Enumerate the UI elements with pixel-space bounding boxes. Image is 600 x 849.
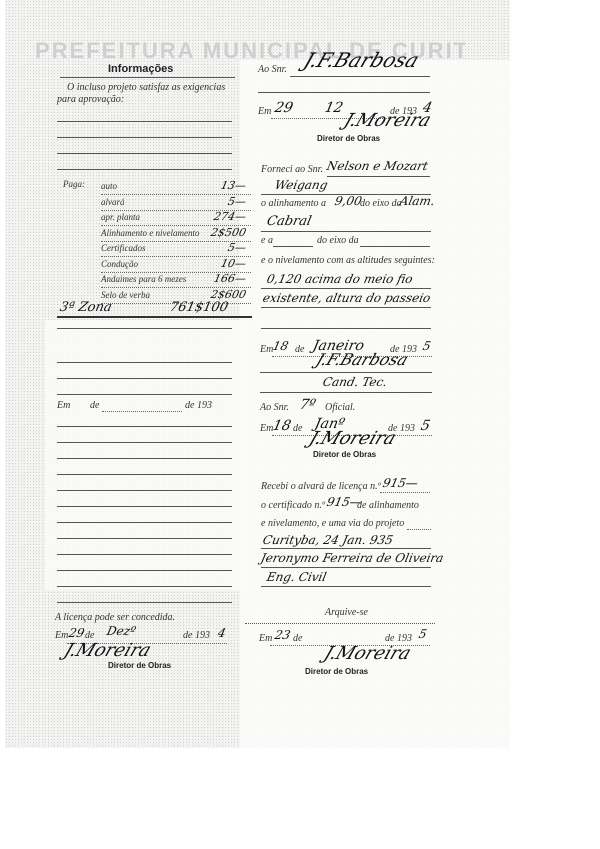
date4-de: de — [293, 633, 302, 644]
total-amount: 761$100 — [168, 300, 229, 315]
blank-date-em: Em — [57, 400, 70, 411]
fee-label: Selo de verba — [101, 290, 150, 300]
paper-clear-region — [45, 320, 245, 590]
fee-label: Certificados — [101, 243, 146, 253]
receipt-line3: Eng. Civil — [266, 570, 328, 584]
rule — [260, 392, 432, 393]
date2-day: 18 — [272, 339, 290, 353]
fee-value: 10— — [220, 257, 248, 270]
ao-snr-label: Ao Snr. — [258, 64, 287, 75]
license-date-month: Dezº — [106, 624, 138, 638]
date1-em: Em — [258, 106, 271, 117]
nivelamento-label: e o nivelamento com as altitudes seguint… — [261, 255, 435, 266]
rule — [261, 288, 431, 289]
fee-label: apr. planta — [101, 212, 140, 222]
rule — [57, 538, 232, 539]
rule — [261, 307, 431, 308]
rule — [261, 586, 431, 587]
date4-em: Em — [259, 633, 272, 644]
certificado-label: o certificado n.º — [261, 500, 325, 511]
rule — [57, 602, 232, 603]
license-signature: J.Moreira — [61, 640, 154, 661]
fee-row: Alinhamento e nivelamento2$500 — [101, 228, 251, 242]
fee-label: Alinhamento e nivelamento — [101, 228, 199, 238]
forneci-name-cont: Weigang — [274, 178, 330, 192]
ao-snr2-value: 7º — [298, 397, 317, 413]
fee-label: Condução — [101, 259, 138, 269]
fee-value: 13— — [220, 179, 248, 192]
rule — [260, 372, 432, 373]
fee-value: 274— — [213, 210, 248, 223]
rule — [57, 586, 232, 587]
rule — [57, 570, 232, 571]
date4-title: Diretor de Obras — [305, 667, 368, 676]
rule — [57, 506, 232, 507]
date1-title: Diretor de Obras — [317, 134, 380, 143]
rule — [261, 567, 431, 568]
fee-row: Condução10— — [101, 259, 251, 273]
forneci-name: Nelson e Mozart — [326, 159, 430, 173]
alinhamento-label: o alinhamento a — [261, 198, 326, 209]
date3-day: 18 — [271, 418, 292, 434]
date2-de: de — [295, 344, 304, 355]
fee-value: 2$600 — [210, 288, 248, 301]
rule — [261, 328, 431, 329]
date3-signature: J.Moreira — [306, 428, 399, 449]
rule — [57, 458, 232, 459]
rule — [57, 442, 232, 443]
license-date-year: de 193 — [183, 630, 210, 641]
rule — [57, 378, 232, 379]
date4-signature: J.Moreira — [321, 643, 414, 664]
license-title: Diretor de Obras — [108, 661, 171, 670]
blank-field — [273, 246, 313, 247]
license-date-day: 29 — [68, 626, 86, 640]
rule — [57, 474, 232, 475]
alinhamento-value: 9,00 — [334, 194, 364, 208]
rule — [57, 522, 232, 523]
recebi-label: Recebi o alvará de licença n.º — [261, 481, 381, 492]
zone-label: 3ª Zona — [58, 300, 113, 315]
ao-snr-signature: J.F.Barbosa — [301, 48, 423, 72]
rule — [57, 394, 232, 395]
rule — [57, 328, 232, 329]
fee-value: 5— — [227, 195, 248, 208]
nivelamento-line1: 0,120 acima do meio fio — [266, 272, 415, 286]
fee-value: 5— — [227, 241, 248, 254]
receipt-line2: Jeronymo Ferreira de Oliveira — [260, 551, 445, 565]
rule — [261, 548, 431, 549]
date1-month: 12 — [323, 100, 344, 116]
date4-day: 23 — [274, 628, 292, 642]
do-eixo-label: do eixo da — [317, 235, 359, 246]
rule — [258, 92, 430, 93]
projeto-label: e nivelamento, e uma via do projeto — [261, 518, 404, 529]
date1-signature: J.Moreira — [341, 110, 434, 131]
ao-snr2-suffix: Oficial. — [325, 402, 355, 413]
total-rule — [57, 316, 252, 318]
nivelamento-line2: existente, altura do passeio — [262, 291, 432, 305]
certificado-suffix: de alinhamento — [357, 500, 419, 511]
blank-field — [407, 529, 431, 530]
e-a-label: e a — [261, 235, 273, 246]
fee-row: Andaimes para 6 mezes166— — [101, 274, 251, 288]
blank-date-year: de 193 — [185, 400, 212, 411]
fee-label: alvará — [101, 197, 125, 207]
blank-field — [360, 246, 430, 247]
fee-label: Andaimes para 6 mezes — [101, 274, 186, 284]
rule — [245, 623, 435, 624]
scanned-document-page: PREFEITURA MUNICIPAL DE CURITYBA Informa… — [5, 0, 510, 748]
blank-field — [102, 411, 182, 412]
section-heading: Informações — [108, 63, 173, 75]
rule — [57, 490, 232, 491]
rule — [290, 76, 430, 77]
recebi-value: 915— — [382, 476, 420, 490]
fee-label: auto — [101, 181, 117, 191]
alinhamento-street: Alam. — [399, 194, 437, 208]
rule — [327, 176, 430, 177]
rule — [57, 426, 232, 427]
rule — [57, 153, 232, 154]
date3-de: de — [293, 423, 302, 434]
rule — [57, 121, 232, 122]
license-date-em: Em — [55, 630, 68, 641]
rule — [57, 169, 232, 170]
rule — [60, 77, 235, 78]
alinhamento-eixo-label: do eixo da — [360, 198, 402, 209]
license-note: A licença pode ser concedida. — [55, 612, 175, 623]
blank-date-de: de — [90, 400, 99, 411]
fee-row: Certificados5— — [101, 243, 251, 257]
fee-value: 166— — [213, 272, 248, 285]
receipt-line1: Curityba, 24 Jan. 935 — [262, 533, 395, 547]
rule — [57, 137, 232, 138]
paga-label: Paga: — [63, 179, 85, 189]
ao-snr2-label: Ao Snr. — [260, 402, 289, 413]
intro-text: para aprovação: — [57, 94, 124, 105]
date1-day: 29 — [273, 100, 294, 116]
fee-row: alvará5— — [101, 197, 251, 211]
rule — [57, 554, 232, 555]
fee-row: auto13— — [101, 181, 251, 195]
fee-row: apr. planta274— — [101, 212, 251, 226]
intro-text: O incluso projeto satisfaz as exigencias — [67, 82, 225, 93]
alinhamento-street-cont: Cabral — [265, 214, 312, 229]
date3-title: Diretor de Obras — [313, 450, 376, 459]
rule — [261, 231, 431, 232]
date2-title: Cand. Tec. — [322, 375, 389, 389]
rule — [57, 362, 232, 363]
forneci-label: Forneci ao Snr. — [261, 164, 323, 175]
fee-value: 2$500 — [210, 226, 248, 239]
date2-signature: J.F.Barbosa — [314, 350, 411, 369]
blank-field — [380, 492, 430, 493]
arquive-label: Arquive-se — [325, 607, 368, 618]
